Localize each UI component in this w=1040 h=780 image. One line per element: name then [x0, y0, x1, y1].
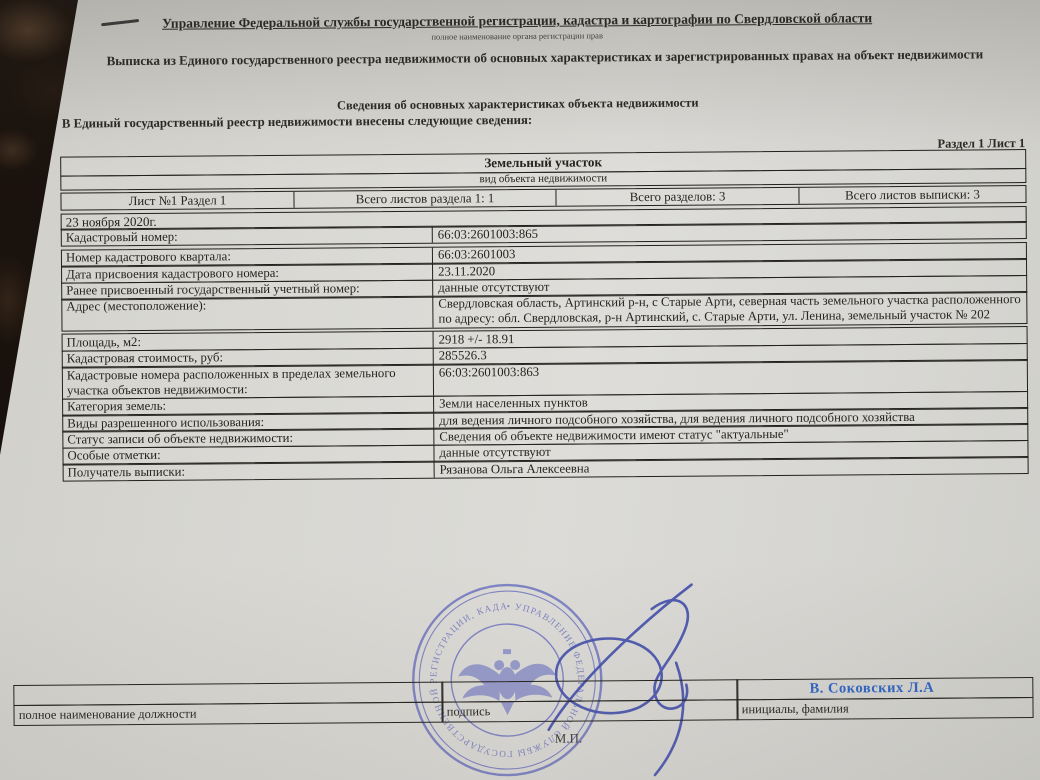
document: Управление Федеральной службы государств… — [0, 0, 1040, 780]
signature-col-label: подпись — [442, 699, 739, 722]
meta-cell: Всего листов выписки: 3 — [799, 186, 1025, 204]
row-label: Кадастровые номера расположенных в преде… — [63, 365, 434, 399]
signature-scribble — [533, 576, 730, 780]
row-value: Свердловская область, Артинский р-н, с С… — [433, 292, 1026, 328]
row-label: Адрес (местоположение): — [62, 297, 433, 331]
signature-col-label: полное наименование должности — [14, 701, 444, 725]
document-title: Выписка из Единого государственного реес… — [57, 46, 1032, 70]
meta-cell: Всего разделов: 3 — [556, 188, 799, 206]
intro-line: В Единый государственный реестр недвижим… — [62, 113, 532, 132]
row-label: Кадастровый номер: — [62, 227, 433, 246]
photo-background: Управление Федеральной службы государств… — [0, 0, 1040, 780]
meta-cell: Всего листов раздела 1: 1 — [294, 190, 556, 208]
meta-cell: Лист №1 Раздел 1 — [61, 192, 294, 210]
row-label: Получатель выписки: — [64, 462, 435, 481]
signature-col-label: инициалы, фамилия — [737, 697, 1034, 720]
row-value: Рязанова Ольга Алексеевна — [435, 457, 1028, 478]
signature-table: В. Соковских Л.А полное наименование дол… — [14, 678, 1032, 725]
row-value: 66:03:2601003:863 — [434, 360, 1027, 396]
row-value: 66:03:2601003:865 — [433, 222, 1026, 243]
main-table: Земельный участок вид объекта недвижимос… — [60, 151, 1029, 482]
mp-label: М.П. — [555, 731, 583, 747]
